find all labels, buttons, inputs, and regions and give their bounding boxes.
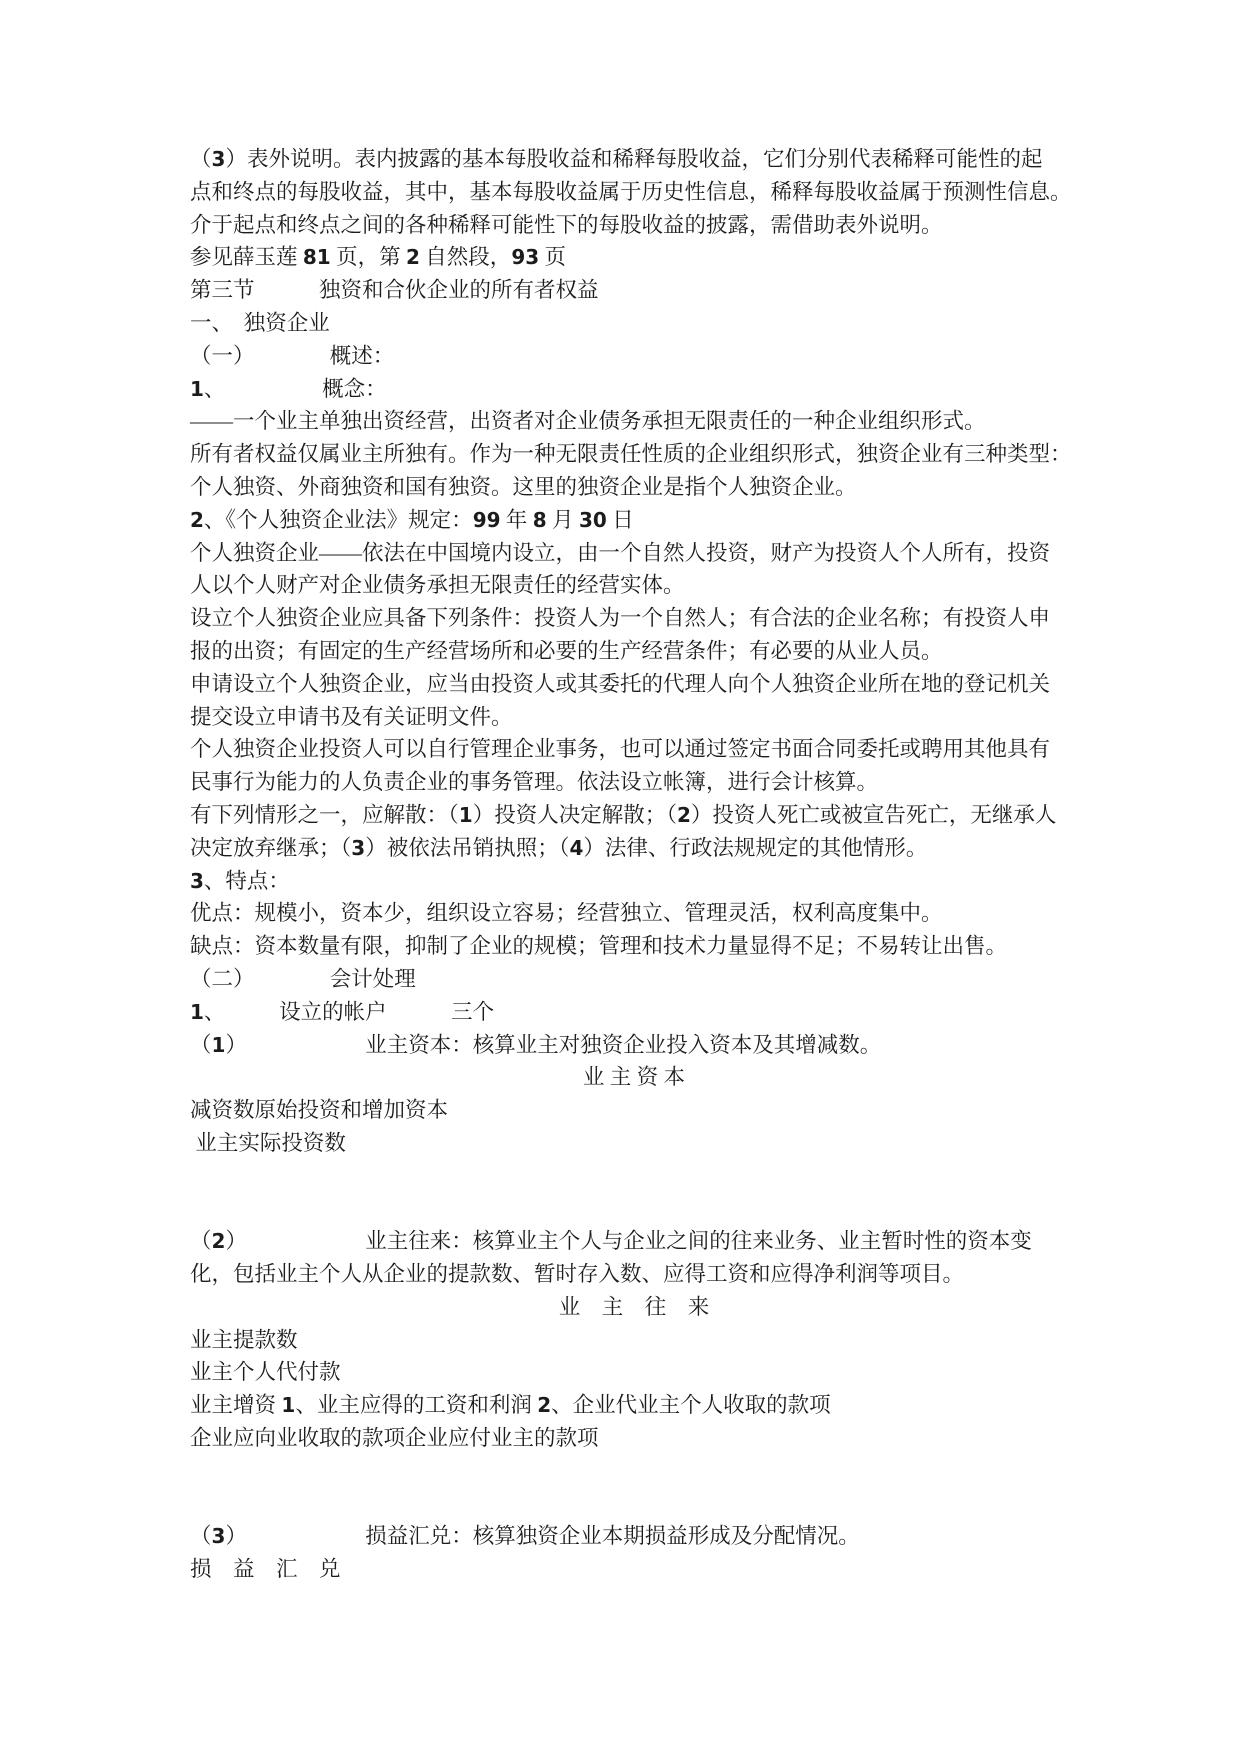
digit-run: 30	[579, 508, 607, 532]
text-line	[190, 1488, 1078, 1521]
text-line: 业 主 往 来	[190, 1291, 1078, 1324]
text-line: 参见薛玉莲 81 页，第 2 自然段，93 页	[190, 241, 1078, 274]
text-line: 减资数原始投资和增加资本	[190, 1094, 1078, 1127]
text-line: （3）表外说明。表内披露的基本每股收益和稀释每股收益，它们分别代表稀释可能性的起	[190, 143, 1078, 176]
digit-run: 99	[473, 508, 501, 532]
document-page: （3）表外说明。表内披露的基本每股收益和稀释每股收益，它们分别代表稀释可能性的起…	[0, 0, 1241, 1754]
text-line: 申请设立个人独资企业，应当由投资人或其委托的代理人向个人独资企业所在地的登记机关	[190, 668, 1078, 701]
digit-run: 2	[212, 1229, 226, 1253]
text-line: （一） 概述：	[190, 340, 1078, 373]
digit-run: 2	[190, 508, 204, 532]
text-line: 人以个人财产对企业债务承担无限责任的经营实体。	[190, 569, 1078, 602]
text-line: 民事行为能力的人负责企业的事务管理。依法设立帐簿，进行会计核算。	[190, 766, 1078, 799]
text-line: 有下列情形之一，应解散：（1）投资人决定解散；（2）投资人死亡或被宣告死亡，无继…	[190, 799, 1078, 832]
text-line: 点和终点的每股收益，其中，基本每股收益属于历史性信息，稀释每股收益属于预测性信息…	[190, 176, 1078, 209]
text-line: 2、《个人独资企业法》规定：99 年 8 月 30 日	[190, 504, 1078, 537]
text-line: 业主实际投资数	[190, 1127, 1078, 1160]
digit-run: 8	[533, 508, 547, 532]
text-line	[190, 1193, 1078, 1226]
digit-run: 3	[212, 1524, 226, 1548]
digit-run: 2	[677, 803, 691, 827]
text-line: 第三节 独资和合伙企业的所有者权益	[190, 274, 1078, 307]
text-line: 决定放弃继承；（3）被依法吊销执照；（4）法律、行政法规规定的其他情形。	[190, 832, 1078, 865]
digit-run: 3	[212, 147, 226, 171]
digit-run: 81	[303, 245, 331, 269]
text-line: 个人独资企业投资人可以自行管理企业事务，也可以通过签定书面合同委托或聘用其他具有	[190, 733, 1078, 766]
text-line: 业主个人代付款	[190, 1356, 1078, 1389]
text-line	[190, 1160, 1078, 1193]
text-line: 个人独资、外商独资和国有独资。这里的独资企业是指个人独资企业。	[190, 471, 1078, 504]
text-line: 所有者权益仅属业主所独有。作为一种无限责任性质的企业组织形式，独资企业有三种类型…	[190, 438, 1078, 471]
digit-run: 4	[569, 836, 583, 860]
text-line: 缺点：资本数量有限，抑制了企业的规模；管理和技术力量显得不足；不易转让出售。	[190, 930, 1078, 963]
digit-run: 3	[190, 869, 204, 893]
text-line: 业主增资 1、业主应得的工资和利润 2、企业代业主个人收取的款项	[190, 1389, 1078, 1422]
text-line: 报的出资；有固定的生产经营场所和必要的生产经营条件；有必要的从业人员。	[190, 635, 1078, 668]
digit-run: 1	[459, 803, 473, 827]
text-line: ——一个业主单独出资经营，出资者对企业债务承担无限责任的一种企业组织形式。	[190, 405, 1078, 438]
text-line: 化，包括业主个人从企业的提款数、暂时存入数、应得工资和应得净利润等项目。	[190, 1258, 1078, 1291]
text-line: 损 益 汇 兑	[190, 1553, 1078, 1586]
text-line: 个人独资企业——依法在中国境内设立，由一个自然人投资，财产为投资人个人所有，投资	[190, 537, 1078, 570]
text-line: （1） 业主资本：核算业主对独资企业投入资本及其增减数。	[190, 1029, 1078, 1062]
text-line: 企业应向业收取的款项企业应付业主的款项	[190, 1422, 1078, 1455]
text-line: 设立个人独资企业应具备下列条件：投资人为一个自然人；有合法的企业名称；有投资人申	[190, 602, 1078, 635]
digit-run: 1	[190, 377, 204, 401]
text-line: （二） 会计处理	[190, 963, 1078, 996]
text-line: （2） 业主往来：核算业主个人与企业之间的往来业务、业主暂时性的资本变	[190, 1225, 1078, 1258]
text-line: 提交设立申请书及有关证明文件。	[190, 701, 1078, 734]
digit-run: 3	[351, 836, 365, 860]
digit-run: 2	[406, 245, 420, 269]
text-line: 业 主 资 本	[190, 1061, 1078, 1094]
text-line: （3） 损益汇兑：核算独资企业本期损益形成及分配情况。	[190, 1520, 1078, 1553]
text-line: 一、 独资企业	[190, 307, 1078, 340]
text-line: 3、特点：	[190, 865, 1078, 898]
digit-run: 1	[212, 1033, 226, 1057]
text-line: 介于起点和终点之间的各种稀释可能性下的每股收益的披露，需借助表外说明。	[190, 209, 1078, 242]
text-line: 1、 概念：	[190, 373, 1078, 406]
text-block: （3）表外说明。表内披露的基本每股收益和稀释每股收益，它们分别代表稀释可能性的起…	[190, 143, 1078, 1586]
text-line: 1、 设立的帐户 三个	[190, 996, 1078, 1029]
text-line	[190, 1455, 1078, 1488]
digit-run: 2	[537, 1393, 551, 1417]
digit-run: 93	[511, 245, 539, 269]
text-line: 业主提款数	[190, 1324, 1078, 1357]
text-line: 优点：规模小，资本少，组织设立容易；经营独立、管理灵活，权利高度集中。	[190, 897, 1078, 930]
digit-run: 1	[281, 1393, 295, 1417]
digit-run: 1	[190, 1000, 204, 1024]
